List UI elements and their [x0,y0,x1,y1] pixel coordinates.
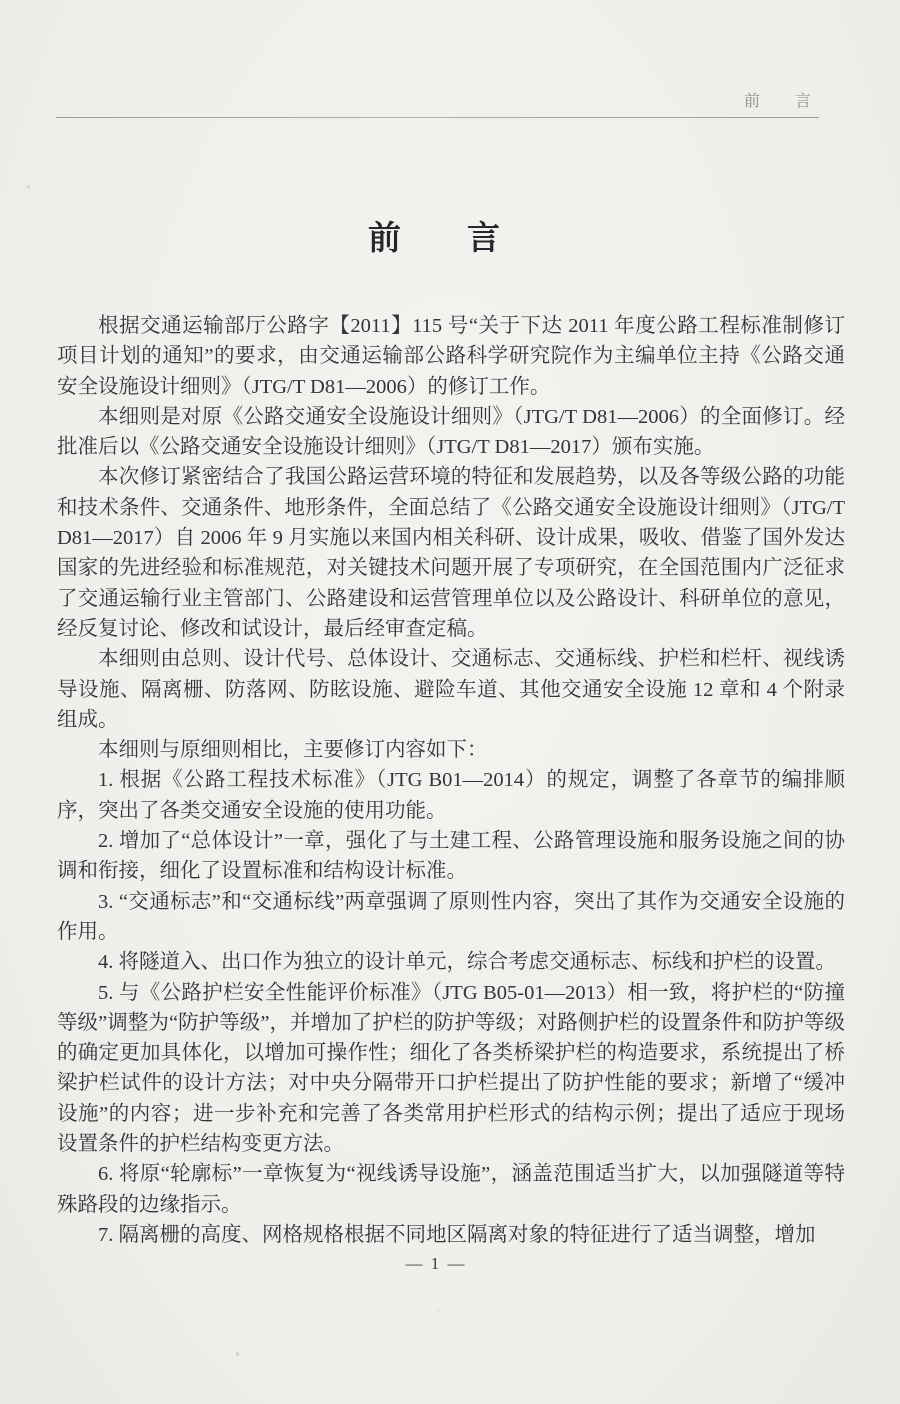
paragraph-revision: 本细则是对原《公路交通安全设施设计细则》（JTG/T D81—2006）的全面修… [57,402,845,463]
list-item-6: 6. 将原“轮廓标”一章恢复为“视线诱导设施”，涵盖范围适当扩大，以加强隧道等特… [57,1159,845,1220]
page-title: 前 言 [0,212,868,259]
scan-speck [236,1352,239,1356]
page-number: — 1 — [0,1254,872,1274]
header-rule [56,117,819,118]
document-body: 根据交通运输部厅公路字【2011】115 号“关于下达 2011 年度公路工程标… [57,311,845,1250]
paragraph-background: 本次修订紧密结合了我国公路运营环境的特征和发展趋势，以及各等级公路的功能和技术条… [57,462,845,644]
running-head: 前 言 [744,88,812,111]
list-item-3: 3. “交通标志”和“交通标线”两章强调了原则性内容，突出了其作为交通安全设施的… [57,887,845,948]
paragraph-intro: 根据交通运输部厅公路字【2011】115 号“关于下达 2011 年度公路工程标… [57,311,845,402]
list-item-2: 2. 增加了“总体设计”一章，强化了与土建工程、公路管理设施和服务设施之间的协调… [57,826,845,887]
list-item-1: 1. 根据《公路工程技术标准》（JTG B01—2014）的规定，调整了各章节的… [57,765,845,826]
list-item-4: 4. 将隧道入、出口作为独立的设计单元，综合考虑交通标志、标线和护栏的设置。 [57,947,845,977]
scan-speck [437,1310,439,1312]
paragraph-structure: 本细则由总则、设计代号、总体设计、交通标志、交通标线、护栏和栏杆、视线诱导设施、… [57,644,845,735]
scan-speck [27,185,30,188]
list-item-5: 5. 与《公路护栏安全性能评价标准》（JTG B05-01—2013）相一致，将… [57,978,845,1160]
document-page: 前 言 前 言 根据交通运输部厅公路字【2011】115 号“关于下达 2011… [0,0,900,1404]
paragraph-changes-lead: 本细则与原细则相比，主要修订内容如下： [57,735,845,765]
list-item-7: 7. 隔离栅的高度、网格规格根据不同地区隔离对象的特征进行了适当调整，增加 [57,1220,845,1250]
